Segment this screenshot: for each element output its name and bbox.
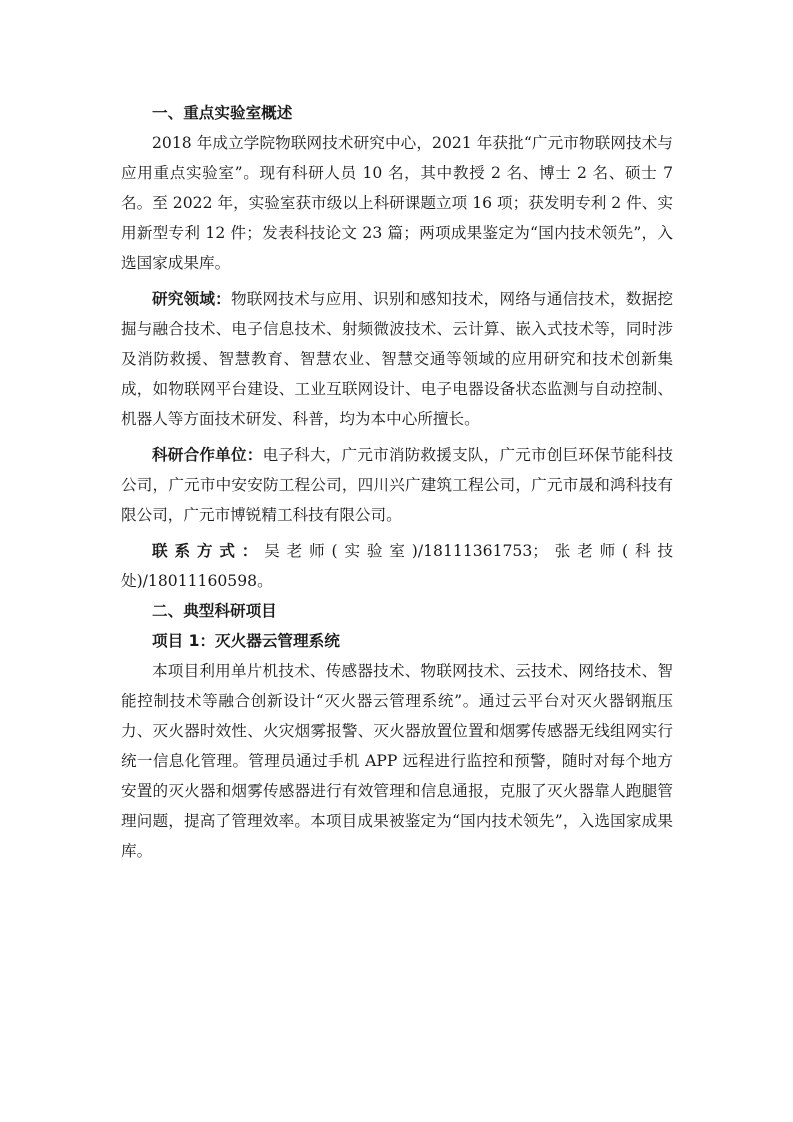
research-text: 物联网技术与应用、识别和感知技术，网络与通信技术，数据挖掘与融合技术、电子信息技… [121, 290, 673, 428]
contact-label: 联系方式： [152, 542, 264, 560]
research-paragraph: 研究领域：物联网技术与应用、识别和感知技术，网络与通信技术，数据挖掘与融合技术、… [121, 284, 673, 434]
contact-paragraph: 联系方式：吴老师(实验室)/18111361753；张老师(科技处)/18011… [121, 536, 673, 596]
partners-paragraph: 科研合作单位：电子科大，广元市消防救援支队，广元市创巨环保节能科技公司，广元市中… [121, 440, 673, 530]
partners-label: 科研合作单位： [152, 446, 263, 464]
section-heading-overview: 一、重点实验室概述 [121, 98, 673, 128]
research-label: 研究领域： [152, 290, 231, 308]
overview-paragraph: 2018 年成立学院物联网技术研究中心，2021 年获批“广元市物联网技术与应用… [121, 128, 673, 278]
project-1-paragraph: 本项目利用单片机技术、传感器技术、物联网技术、云技术、网络技术、智能控制技术等融… [121, 656, 673, 866]
document-page: 一、重点实验室概述 2018 年成立学院物联网技术研究中心，2021 年获批“广… [121, 98, 673, 866]
section-heading-projects: 二、典型科研项目 [121, 596, 673, 626]
project-1-title: 项目 1：灭火器云管理系统 [121, 626, 673, 656]
